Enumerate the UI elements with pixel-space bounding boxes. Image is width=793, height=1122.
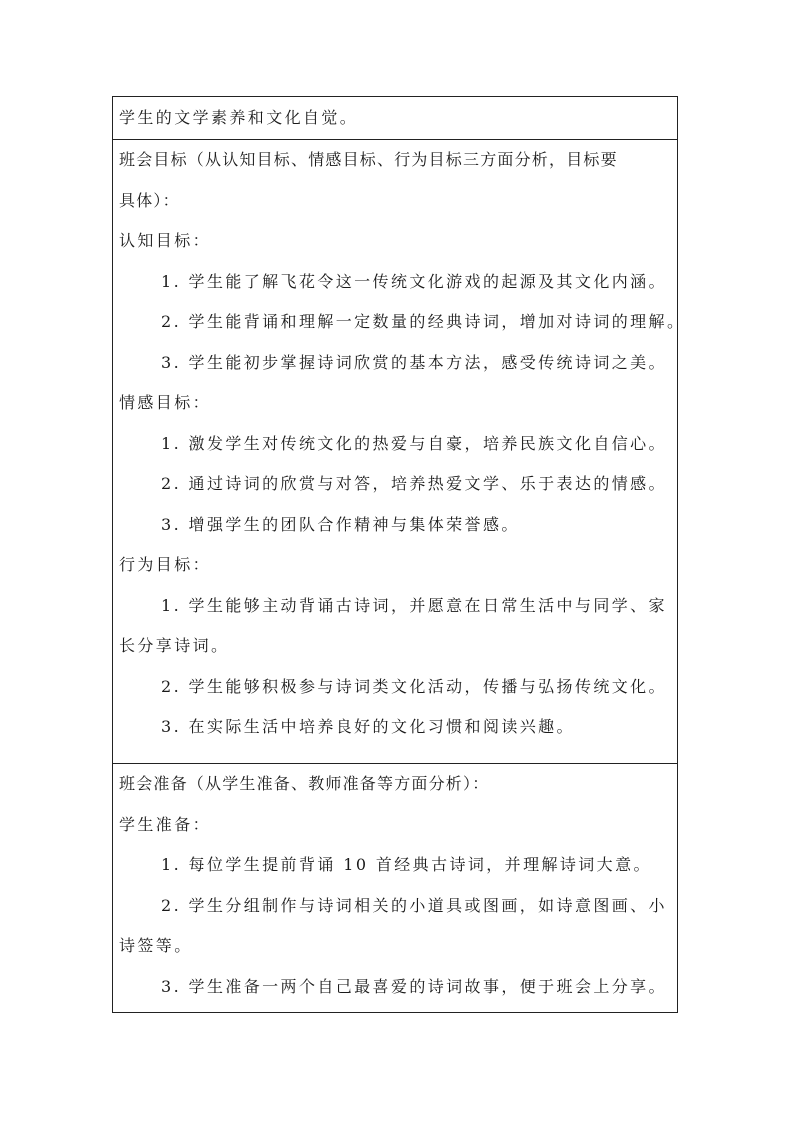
list-item: 2. 学生能背诵和理解一定数量的经典诗词，增加对诗词的理解。 xyxy=(119,302,669,343)
table-row-objectives: 班会目标（从认知目标、情感目标、行为目标三方面分析，目标要 具体）： 认知目标：… xyxy=(113,140,678,764)
section-title-continued: 具体）： xyxy=(119,181,669,222)
table-cell: 班会目标（从认知目标、情感目标、行为目标三方面分析，目标要 具体）： 认知目标：… xyxy=(113,140,678,764)
lesson-plan-table: 学生的文学素养和文化自觉。 班会目标（从认知目标、情感目标、行为目标三方面分析，… xyxy=(112,96,678,1013)
table-cell: 学生的文学素养和文化自觉。 xyxy=(113,97,678,140)
emotional-heading: 情感目标： xyxy=(119,383,669,424)
cognitive-heading: 认知目标： xyxy=(119,221,669,262)
table-row-intro-tail: 学生的文学素养和文化自觉。 xyxy=(113,97,678,140)
list-item-continued: 长分享诗词。 xyxy=(119,626,669,667)
list-item: 2. 学生分组制作与诗词相关的小道具或图画，如诗意图画、小 xyxy=(119,886,669,927)
student-prep-heading: 学生准备： xyxy=(119,805,669,846)
list-item: 1. 学生能了解飞花令这一传统文化游戏的起源及其文化内涵。 xyxy=(119,262,669,303)
list-item: 1. 每位学生提前背诵 10 首经典古诗词，并理解诗词大意。 xyxy=(119,845,669,886)
list-item: 1. 学生能够主动背诵古诗词，并愿意在日常生活中与同学、家 xyxy=(119,586,669,627)
paragraph-text: 学生的文学素养和文化自觉。 xyxy=(119,97,669,139)
list-item: 3. 学生准备一两个自己最喜爱的诗词故事，便于班会上分享。 xyxy=(119,967,669,1008)
list-item: 2. 学生能够积极参与诗词类文化活动，传播与弘扬传统文化。 xyxy=(119,667,669,708)
list-item: 3. 增强学生的团队合作精神与集体荣誉感。 xyxy=(119,505,669,546)
behavioral-heading: 行为目标： xyxy=(119,545,669,586)
list-item: 3. 学生能初步掌握诗词欣赏的基本方法，感受传统诗词之美。 xyxy=(119,343,669,384)
table-cell: 班会准备（从学生准备、教师准备等方面分析）： 学生准备： 1. 每位学生提前背诵… xyxy=(113,764,678,1013)
section-title: 班会准备（从学生准备、教师准备等方面分析）： xyxy=(119,764,669,805)
list-item-continued: 诗签等。 xyxy=(119,926,669,967)
section-title: 班会目标（从认知目标、情感目标、行为目标三方面分析，目标要 xyxy=(119,140,669,181)
list-item: 1. 激发学生对传统文化的热爱与自豪，培养民族文化自信心。 xyxy=(119,424,669,465)
list-item: 3. 在实际生活中培养良好的文化习惯和阅读兴趣。 xyxy=(119,707,669,748)
list-item: 2. 通过诗词的欣赏与对答，培养热爱文学、乐于表达的情感。 xyxy=(119,464,669,505)
table-row-preparation: 班会准备（从学生准备、教师准备等方面分析）： 学生准备： 1. 每位学生提前背诵… xyxy=(113,764,678,1013)
